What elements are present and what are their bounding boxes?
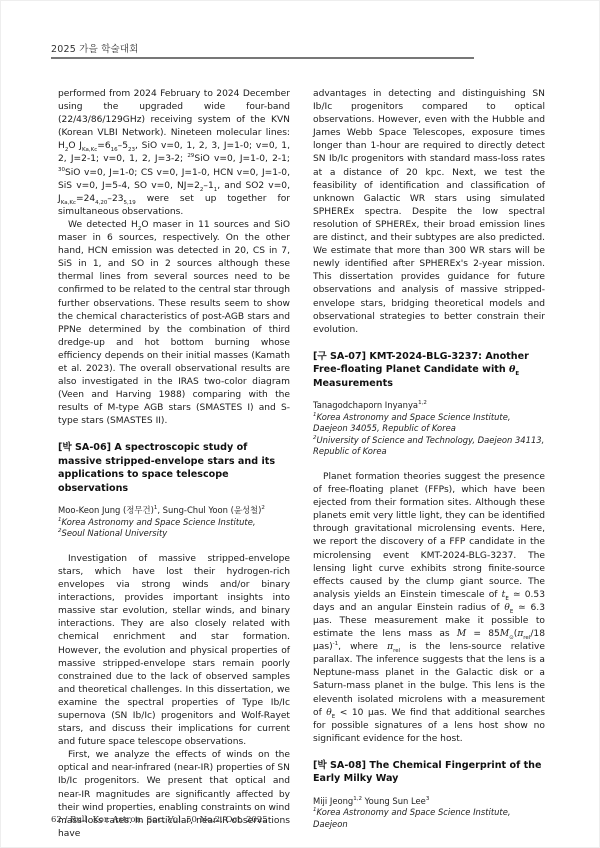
- spacer: [58, 495, 290, 505]
- affiliation-1: 1Korea Astronomy and Space Science Insti…: [58, 517, 290, 529]
- spacer: [58, 428, 290, 441]
- left-column: performed from 2024 February to 2024 Dec…: [58, 88, 290, 841]
- continuation-paragraph-2: We detected H2O maser in 11 sources and …: [58, 219, 290, 429]
- spacer: [313, 746, 545, 759]
- abstract-body-sa07: Planet formation theories suggest the pr…: [313, 471, 545, 746]
- spacer: [58, 540, 290, 553]
- affiliation-1: 1Korea Astronomy and Space Science Insti…: [313, 807, 545, 830]
- spacer: [313, 337, 545, 350]
- right-column: advantages in detecting and distinguishi…: [313, 88, 545, 831]
- spacer: [313, 786, 545, 796]
- author-list-sa08: Miji Jeong1,2 Young Sun Lee3: [313, 796, 545, 808]
- abstract-body-sa06-p2: First, we analyze the effects of winds o…: [58, 749, 290, 841]
- abstract-title-sa07: [구 SA-07] KMT-2024-BLG-3237: Another Fre…: [313, 350, 545, 390]
- spacer: [313, 390, 545, 400]
- abstract-body-sa06-p1: Investigation of massive stripped-envelo…: [58, 553, 290, 749]
- abstract-body-sa06-continued: advantages in detecting and distinguishi…: [313, 88, 545, 337]
- abstract-title-sa08: [박 SA-08] The Chemical Fingerprint of th…: [313, 759, 545, 786]
- affiliation-2: 2University of Science and Technology, D…: [313, 435, 545, 458]
- continuation-paragraph-1: performed from 2024 February to 2024 Dec…: [58, 88, 290, 219]
- spacer: [313, 458, 545, 471]
- author-list-sa06: Moo-Keon Jung (정무건)1, Sung-Chul Yoon (윤성…: [58, 505, 290, 517]
- page-footer-citation: 62 / Bull. Kor. Astron. Soc. Vol. 50 No.…: [51, 815, 268, 825]
- affiliation-1: 1Korea Astronomy and Space Science Insti…: [313, 412, 545, 435]
- header-rule: [51, 57, 474, 59]
- author-list-sa07: Tanagodchaporn Inyanya1,2: [313, 400, 545, 412]
- affiliation-2: 2Seoul National University: [58, 528, 290, 540]
- abstract-title-sa06: [박 SA-06] A spectroscopic study of massi…: [58, 441, 290, 495]
- journal-page: 2025 가을 학술대회 performed from 2024 Februar…: [0, 0, 600, 848]
- running-head: 2025 가을 학술대회: [51, 41, 139, 55]
